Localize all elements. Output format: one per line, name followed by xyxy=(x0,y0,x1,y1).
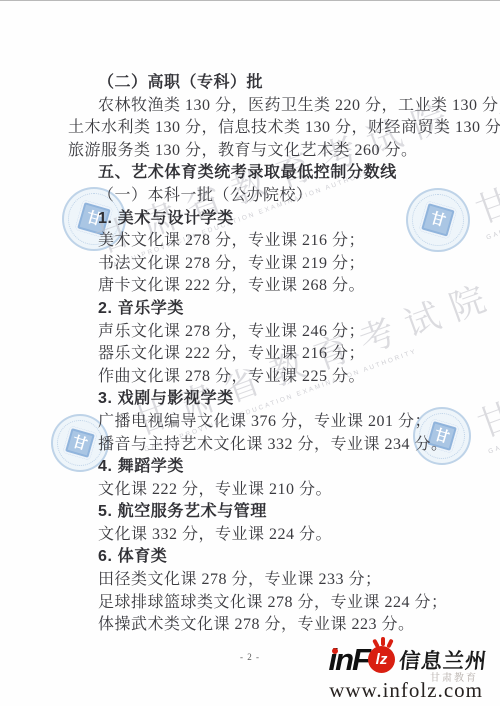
score-line: 作曲文化课 278 分，专业课 225 分。 xyxy=(68,366,500,389)
heading-fine-arts-design: 1. 美术与设计学类 xyxy=(68,208,500,231)
heading-aviation-service: 5. 航空服务艺术与管理 xyxy=(68,501,500,524)
logo-inf-text: inF xyxy=(329,646,370,674)
heading-dance: 4. 舞蹈学类 xyxy=(68,456,500,479)
score-line: 文化课 332 分，专业课 224 分。 xyxy=(68,524,500,547)
text-line: 土木水利类 130 分，信息技术类 130 分，财经商贸类 130 分， xyxy=(68,117,500,140)
scanned-document-page: { "document": { "lines": [ {"text": "（二）… xyxy=(0,0,500,706)
logo-red-dot-icon xyxy=(332,648,338,654)
logo-circle-icon: lz xyxy=(368,645,396,673)
text-line: 旅游服务类 130 分，教育与文化艺术类 260 分。 xyxy=(68,140,500,163)
score-line: 足球排球篮球类文化课 278 分，专业课 224 分； xyxy=(68,592,500,615)
score-line: 播音与主持艺术文化课 332 分，专业课 234 分。 xyxy=(68,434,500,457)
score-line: 器乐文化课 222 分，专业课 216 分； xyxy=(68,343,500,366)
infolz-logo: inF lz 信息兰州 xyxy=(329,642,488,674)
logo-spark-icon xyxy=(381,637,385,646)
score-line: 美术文化课 278 分，专业课 216 分； xyxy=(68,230,500,253)
document-body-text: （二）高职（专科）批 农林牧渔类 130 分，医药卫生类 220 分，工业类 1… xyxy=(68,72,500,637)
score-line: 书法文化课 278 分，专业课 219 分； xyxy=(68,253,500,276)
score-line: 田径类文化课 278 分，专业课 233 分； xyxy=(68,569,500,592)
score-line: 广播电视编导文化课 376 分，专业课 201 分； xyxy=(68,411,500,434)
heading-music: 2. 音乐学类 xyxy=(68,298,500,321)
heading-sports: 6. 体育类 xyxy=(68,546,500,569)
score-line: 体操武术类文化课 278 分，专业课 223 分。 xyxy=(68,614,500,637)
heading-vocational-college-batch: （二）高职（专科）批 xyxy=(68,72,500,95)
logo-lz-badge: lz xyxy=(368,646,395,673)
heading-drama-film: 3. 戏剧与影视学类 xyxy=(68,388,500,411)
logo-chinese-name: 信息兰州 xyxy=(398,650,489,674)
heading-art-sports-minimum-control-lines: 五、艺术体育类统考录取最低控制分数线 xyxy=(68,162,500,185)
score-line: 唐卡文化课 222 分，专业课 268 分。 xyxy=(68,275,500,298)
text-line: 农林牧渔类 130 分，医药卫生类 220 分，工业类 130 分， xyxy=(68,95,500,118)
score-line: 文化课 222 分，专业课 210 分。 xyxy=(68,479,500,502)
heading-undergraduate-first-batch: （一）本科一批（公办院校） xyxy=(68,185,500,208)
website-url: www.infolz.com xyxy=(329,678,483,703)
score-line: 声乐文化课 278 分，专业课 246 分； xyxy=(68,321,500,344)
